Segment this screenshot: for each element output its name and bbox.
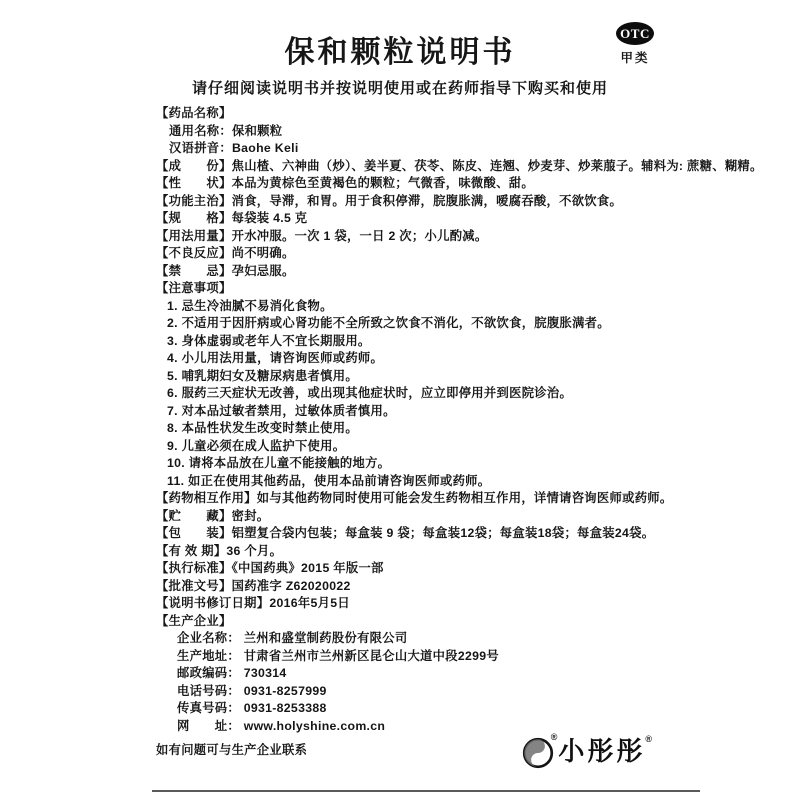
leaflet-line: 【功能主治】消食，导滞，和胃。用于食积停滞，脘腹胀满，嗳腐吞酸，不欲饮食。 bbox=[156, 193, 800, 211]
field-text: 尚不明确。 bbox=[232, 246, 295, 260]
leaflet-line: 【成 份】焦山楂、六神曲（炒）、姜半夏、茯苓、陈皮、连翘、炒麦芽、炒莱菔子。辅料… bbox=[156, 158, 800, 176]
leaflet-line: 通用名称：保和颗粒 bbox=[156, 123, 800, 141]
otc-mark: OTC 甲类 bbox=[612, 22, 658, 66]
field-text: 9. 儿童必须在成人监护下使用。 bbox=[167, 439, 345, 453]
field-text: 通用名称：保和颗粒 bbox=[169, 124, 282, 138]
leaflet-lines: 【药品名称】 通用名称：保和颗粒汉语拼音：Baohe Keli【成 份】焦山楂、… bbox=[156, 105, 800, 735]
field-text: 如与其他药物同时使用可能会发生药物相互作用，详情请咨询医师或药师。 bbox=[257, 491, 673, 505]
field-label: 【功能主治】 bbox=[156, 194, 232, 208]
field-text: 焦山楂、六神曲（炒）、姜半夏、茯苓、陈皮、连翘、炒麦芽、炒莱菔子。辅料为: 蔗糖… bbox=[232, 159, 763, 173]
field-text: 国药准字 Z62020022 bbox=[232, 579, 351, 593]
leaflet-line: 汉语拼音：Baohe Keli bbox=[156, 140, 800, 158]
brand-name: 小彤彤 bbox=[558, 735, 645, 767]
leaflet-line: 【包 装】铝塑复合袋内包装；每盒装 9 袋；每盒装12袋；每盒装18袋；每盒装2… bbox=[156, 525, 800, 543]
field-label: 【有 效 期】 bbox=[156, 544, 226, 558]
leaflet-line: 【生产企业】 bbox=[156, 613, 800, 631]
otc-badge-label: OTC bbox=[620, 26, 650, 42]
leaflet-line: 6. 服药三天症状无改善，或出现其他症状时，应立即停用并到医院诊治。 bbox=[156, 385, 800, 403]
field-text: 7. 对本品过敏者禁用，过敏体质者慎用。 bbox=[167, 404, 396, 418]
field-text: 8. 本品性状发生改变时禁止使用。 bbox=[167, 421, 358, 435]
field-label: 【性 状】 bbox=[156, 176, 232, 190]
brand-logo: ® 小彤彤 ® bbox=[522, 735, 652, 774]
leaflet-line: 传真号码： 0931-8253388 bbox=[156, 700, 800, 718]
leaflet-line: 【药品名称】 bbox=[156, 105, 800, 123]
leaflet-line: 11. 如正在使用其他药品，使用本品前请咨询医师或药师。 bbox=[156, 473, 800, 491]
field-label: 【规 格】 bbox=[156, 211, 232, 225]
field-text: 传真号码： 0931-8253388 bbox=[177, 701, 327, 715]
field-label: 【成 份】 bbox=[156, 159, 232, 173]
leaflet-line: 7. 对本品过敏者禁用，过敏体质者慎用。 bbox=[156, 403, 800, 421]
leaflet-line: 电话号码： 0931-8257999 bbox=[156, 683, 800, 701]
leaflet-line: 8. 本品性状发生改变时禁止使用。 bbox=[156, 420, 800, 438]
field-label: 【说明书修订日期】 bbox=[156, 596, 269, 610]
leaflet-line: 【用法用量】开水冲服。一次 1 袋，一日 2 次；小儿酌减。 bbox=[156, 228, 800, 246]
leaflet-line: 【药物相互作用】如与其他药物同时使用可能会发生药物相互作用，详情请咨询医师或药师… bbox=[156, 490, 800, 508]
field-label: 【包 装】 bbox=[156, 526, 232, 540]
field-text: 消食，导滞，和胃。用于食积停滞，脘腹胀满，嗳腐吞酸，不欲饮食。 bbox=[232, 194, 623, 208]
field-label: 【执行标准】 bbox=[156, 561, 232, 575]
field-text: 每袋装 4.5 克 bbox=[232, 211, 308, 225]
field-label: 【批准文号】 bbox=[156, 579, 232, 593]
yin-yang-s-icon bbox=[522, 737, 554, 774]
field-text: 企业名称： 兰州和盛堂制药股份有限公司 bbox=[177, 631, 407, 645]
leaflet-line: 【注意事项】 bbox=[156, 280, 800, 298]
field-text: 网 址： www.holyshine.com.cn bbox=[177, 719, 385, 733]
leaflet-title: 保和颗粒说明书 bbox=[0, 0, 800, 70]
leaflet-line: 5. 哺乳期妇女及糖尿病患者慎用。 bbox=[156, 368, 800, 386]
field-text: 铝塑复合袋内包装；每盒装 9 袋；每盒装12袋；每盒装18袋；每盒装24袋。 bbox=[232, 526, 655, 540]
leaflet-line: 【执行标准】《中国药典》2015 年版一部 bbox=[156, 560, 800, 578]
leaflet-line: 【禁 忌】孕妇忌服。 bbox=[156, 263, 800, 281]
leaflet-line: 【不良反应】尚不明确。 bbox=[156, 245, 800, 263]
field-label: 【注意事项】 bbox=[156, 281, 232, 295]
field-text: 1. 忌生冷油腻不易消化食物。 bbox=[167, 299, 333, 313]
field-text: 《中国药典》2015 年版一部 bbox=[232, 561, 384, 575]
leaflet-line: 1. 忌生冷油腻不易消化食物。 bbox=[156, 298, 800, 316]
leaflet-line: 邮政编码： 730314 bbox=[156, 665, 800, 683]
leaflet-line: 【贮 藏】密封。 bbox=[156, 508, 800, 526]
bottom-divider bbox=[152, 790, 700, 792]
leaflet-line: 9. 儿童必须在成人监护下使用。 bbox=[156, 438, 800, 456]
footer-note: 如有问题可与生产企业联系 bbox=[156, 740, 307, 758]
field-text: 36 个月。 bbox=[226, 544, 282, 558]
field-text: 11. 如正在使用其他药品，使用本品前请咨询医师或药师。 bbox=[167, 474, 490, 488]
leaflet-line: 【说明书修订日期】2016年5月5日 bbox=[156, 595, 800, 613]
field-text: 孕妇忌服。 bbox=[232, 264, 295, 278]
leaflet-subtitle: 请仔细阅读说明书并按说明使用或在药师指导下购买和使用 bbox=[0, 81, 800, 97]
field-text: 开水冲服。一次 1 袋，一日 2 次；小儿酌减。 bbox=[232, 229, 488, 243]
field-label: 【药物相互作用】 bbox=[156, 491, 257, 505]
leaflet-line: 生产地址： 甘肃省兰州市兰州新区昆仑山大道中段2299号 bbox=[156, 648, 800, 666]
field-label: 【生产企业】 bbox=[156, 614, 232, 628]
field-text: 电话号码： 0931-8257999 bbox=[177, 684, 327, 698]
field-text: 4. 小儿用法用量，请咨询医师或药师。 bbox=[167, 351, 383, 365]
field-label: 【禁 忌】 bbox=[156, 264, 232, 278]
field-text: 3. 身体虚弱或老年人不宜长期服用。 bbox=[167, 334, 371, 348]
field-text bbox=[232, 106, 236, 120]
field-label: 【用法用量】 bbox=[156, 229, 232, 243]
leaflet-page: OTC 甲类 保和颗粒说明书 请仔细阅读说明书并按说明使用或在药师指导下购买和使… bbox=[0, 0, 800, 800]
field-text: 2016年5月5日 bbox=[269, 596, 350, 610]
otc-badge-icon: OTC bbox=[616, 22, 654, 45]
field-text: 汉语拼音：Baohe Keli bbox=[169, 141, 299, 155]
registered-mark-icon: ® bbox=[645, 735, 652, 744]
field-label: 【不良反应】 bbox=[156, 246, 232, 260]
leaflet-line: 【批准文号】国药准字 Z62020022 bbox=[156, 578, 800, 596]
field-text: 本品为黄棕色至黄褐色的颗粒；气微香，味微酸、甜。 bbox=[232, 176, 534, 190]
leaflet-line: 企业名称： 兰州和盛堂制药股份有限公司 bbox=[156, 630, 800, 648]
leaflet-footer: 如有问题可与生产企业联系 ® 小彤彤 ® bbox=[156, 735, 652, 773]
leaflet-line: 【规 格】每袋装 4.5 克 bbox=[156, 210, 800, 228]
field-text: 生产地址： 甘肃省兰州市兰州新区昆仑山大道中段2299号 bbox=[177, 649, 499, 663]
leaflet-line: 2. 不适用于因肝病或心肾功能不全所致之饮食不消化，不欲饮食，脘腹胀满者。 bbox=[156, 315, 800, 333]
field-text: 邮政编码： 730314 bbox=[177, 666, 287, 680]
leaflet-line: 网 址： www.holyshine.com.cn bbox=[156, 718, 800, 736]
otc-class-label: 甲类 bbox=[612, 48, 658, 66]
leaflet-line: 【性 状】本品为黄棕色至黄褐色的颗粒；气微香，味微酸、甜。 bbox=[156, 175, 800, 193]
field-label: 【贮 藏】 bbox=[156, 509, 232, 523]
field-text bbox=[232, 281, 236, 295]
field-text bbox=[232, 614, 236, 628]
field-text: 6. 服药三天症状无改善，或出现其他症状时，应立即停用并到医院诊治。 bbox=[167, 386, 572, 400]
field-text: 10. 请将本品放在儿童不能接触的地方。 bbox=[167, 456, 390, 470]
field-text: 2. 不适用于因肝病或心肾功能不全所致之饮食不消化，不欲饮食，脘腹胀满者。 bbox=[167, 316, 610, 330]
leaflet-line: 【有 效 期】36 个月。 bbox=[156, 543, 800, 561]
field-text: 5. 哺乳期妇女及糖尿病患者慎用。 bbox=[167, 369, 358, 383]
leaflet-line: 4. 小儿用法用量，请咨询医师或药师。 bbox=[156, 350, 800, 368]
field-label: 【药品名称】 bbox=[156, 106, 232, 120]
leaflet-line: 3. 身体虚弱或老年人不宜长期服用。 bbox=[156, 333, 800, 351]
leaflet-line: 10. 请将本品放在儿童不能接触的地方。 bbox=[156, 455, 800, 473]
field-text: 密封。 bbox=[232, 509, 270, 523]
